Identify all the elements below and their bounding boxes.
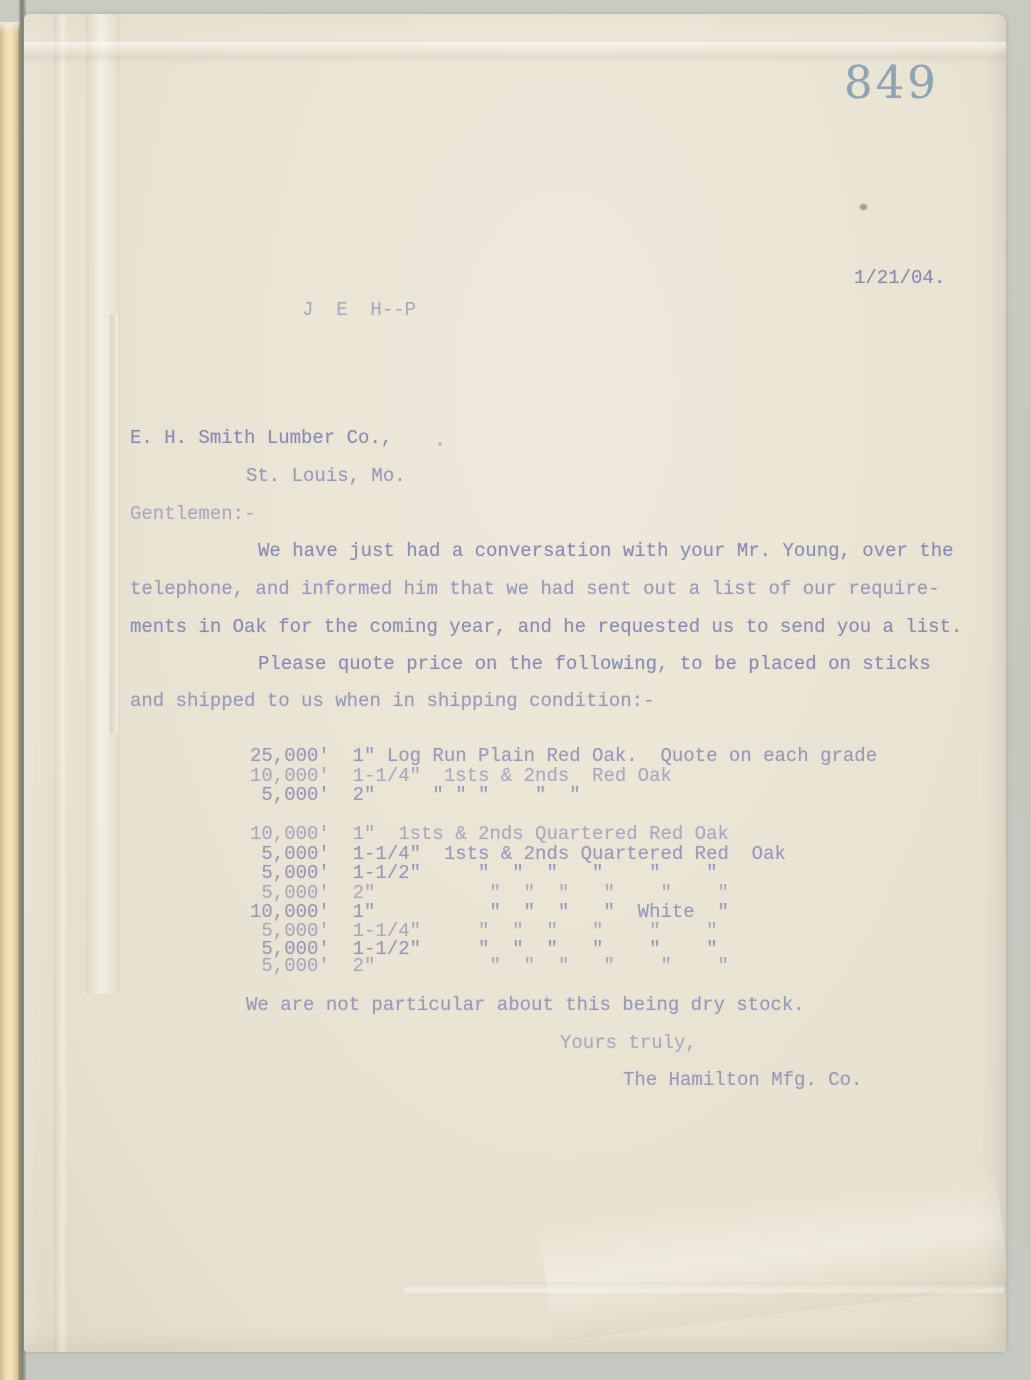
- signature: The Hamilton Mfg. Co.: [623, 1070, 862, 1090]
- paper-crease: [110, 314, 118, 734]
- paper-crease: [538, 1166, 1009, 1341]
- paper-stain: [860, 204, 867, 210]
- quote-line: 5,000' 2" " " " " ": [250, 786, 581, 805]
- quote-line: 10,000' 1" 1sts & 2nds Quartered Red Oak: [250, 825, 729, 844]
- quote-line: 5,000' 1-1/2" " " " " " ": [250, 864, 717, 883]
- paper-crease: [54, 14, 68, 1352]
- page-number-stamp: 849: [844, 60, 939, 106]
- quote-line: 5,000' 2" " " " " " ": [250, 957, 729, 976]
- paper-crease: [404, 1282, 1004, 1296]
- quote-line: 25,000' 1" Log Run Plain Red Oak. Quote …: [250, 747, 877, 766]
- letter-page: 849 1/21/04. J E H--P E. H. Smith Lumber…: [24, 14, 1006, 1352]
- previous-page-edge: [0, 22, 20, 1380]
- recipient-name: E. H. Smith Lumber Co.,: [130, 428, 392, 448]
- paper-stain: [438, 442, 442, 446]
- paper-crease: [86, 14, 120, 994]
- typist-initials: J E H--P: [302, 300, 416, 320]
- body-line: telephone, and informed him that we had …: [130, 579, 940, 599]
- body-line: We have just had a conversation with you…: [258, 541, 954, 561]
- body-line: Please quote price on the following, to …: [258, 654, 931, 674]
- recipient-city: St. Louis, Mo.: [246, 466, 406, 486]
- body-line: ments in Oak for the coming year, and he…: [130, 617, 962, 637]
- body-line: and shipped to us when in shipping condi…: [130, 691, 655, 711]
- scanned-letter: 849 1/21/04. J E H--P E. H. Smith Lumber…: [0, 0, 1031, 1380]
- closing-remark: We are not particular about this being d…: [246, 995, 805, 1015]
- salutation: Gentlemen:-: [130, 504, 255, 524]
- date: 1/21/04.: [854, 268, 945, 288]
- valediction: Yours truly,: [560, 1033, 697, 1053]
